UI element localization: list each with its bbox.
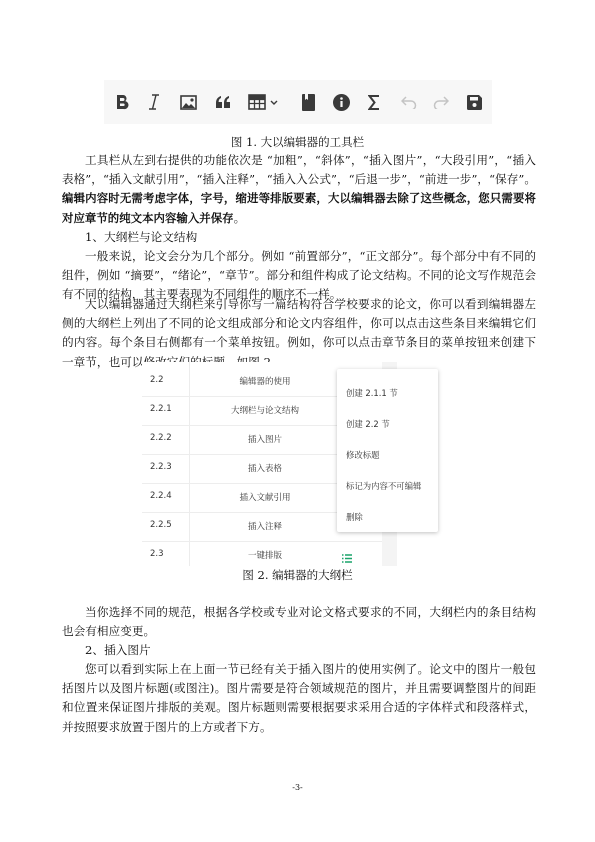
outline-row-number: 2.2 — [150, 375, 164, 385]
outline-row-title: 一键排版 — [190, 549, 340, 561]
outline-row-number: 2.2.5 — [150, 520, 172, 530]
paragraph-outline-usage: 大以编辑器通过大纲栏来引导你写一篇结构符合学校要求的论文，你可以看到编辑器左侧的… — [62, 295, 536, 372]
editor-toolbar — [104, 80, 492, 124]
redo-icon[interactable] — [432, 93, 450, 111]
menu-item-create-2-1-1[interactable]: 创建 2.1.1 节 — [346, 387, 398, 399]
book-icon[interactable] — [300, 93, 316, 111]
section-heading-insert-image: 2、插入图片 — [62, 641, 536, 660]
outline-row-number: 2.2.4 — [150, 491, 172, 501]
menu-item-create-2-2[interactable]: 创建 2.2 节 — [346, 418, 390, 430]
bold-note-text: 编辑内容时无需考虑字体，字号，缩进等排版要素，大以编辑器去除了这些概念，您只需要… — [62, 191, 536, 224]
undo-icon[interactable] — [400, 93, 418, 111]
list-menu-icon[interactable] — [342, 548, 352, 566]
toolbar-functions-text: 工具栏从左到右提供的功能依次是 “加粗”，“斜体”，“插入图片”，“大段引用”，… — [62, 153, 536, 186]
outline-row[interactable]: 2.3 一键排版 — [142, 541, 382, 566]
info-icon[interactable] — [332, 93, 350, 111]
bold-icon[interactable] — [114, 93, 130, 111]
menu-item-delete[interactable]: 删除 — [346, 511, 363, 523]
menu-item-rename[interactable]: 修改标题 — [346, 449, 380, 461]
outline-row-title: 插入图片 — [190, 433, 340, 445]
outline-row-number: 2.2.1 — [150, 404, 172, 414]
outline-row-number: 2.3 — [150, 549, 164, 559]
outline-row-title: 插入文献引用 — [190, 491, 340, 503]
outline-row-title: 大纲栏与论文结构 — [190, 404, 340, 416]
outline-row-number: 2.2.2 — [150, 433, 172, 443]
figure-1-caption: 图 1. 大以编辑器的工具栏 — [0, 135, 595, 150]
paragraph-outline-variation: 当你选择不同的规范，根据各学校或专业对论文格式要求的不同，大纲栏内的条目结构也会… — [62, 603, 536, 641]
figure-2-caption: 图 2. 编辑器的大纲栏 — [0, 568, 595, 583]
outline-context-menu: 创建 2.1.1 节 创建 2.2 节 修改标题 标记为内容不可编辑 删除 — [337, 369, 438, 532]
quote-icon[interactable] — [214, 93, 232, 111]
sigma-icon[interactable] — [366, 93, 382, 111]
table-icon[interactable] — [248, 93, 282, 111]
page-number: -3- — [0, 783, 595, 792]
italic-icon[interactable] — [146, 93, 162, 111]
image-icon[interactable] — [179, 93, 197, 111]
outline-row-title: 插入表格 — [190, 462, 340, 474]
section-heading-outline: 1、大纲栏与论文结构 — [62, 228, 536, 247]
outline-row-title: 插入注释 — [190, 520, 340, 532]
paragraph-insert-image: 您可以看到实际上在上面一节已经有关于插入图片的使用实例了。论文中的图片一般包括图… — [62, 660, 536, 737]
save-icon[interactable] — [466, 93, 482, 111]
bold-note-tail: 。 — [234, 211, 246, 225]
outline-row-title: 编辑器的使用 — [190, 375, 340, 387]
paragraph-toolbar-description: 工具栏从左到右提供的功能依次是 “加粗”，“斜体”，“插入图片”，“大段引用”，… — [62, 151, 536, 228]
menu-item-lock-content[interactable]: 标记为内容不可编辑 — [346, 480, 421, 492]
outline-row-number: 2.2.3 — [150, 462, 172, 472]
